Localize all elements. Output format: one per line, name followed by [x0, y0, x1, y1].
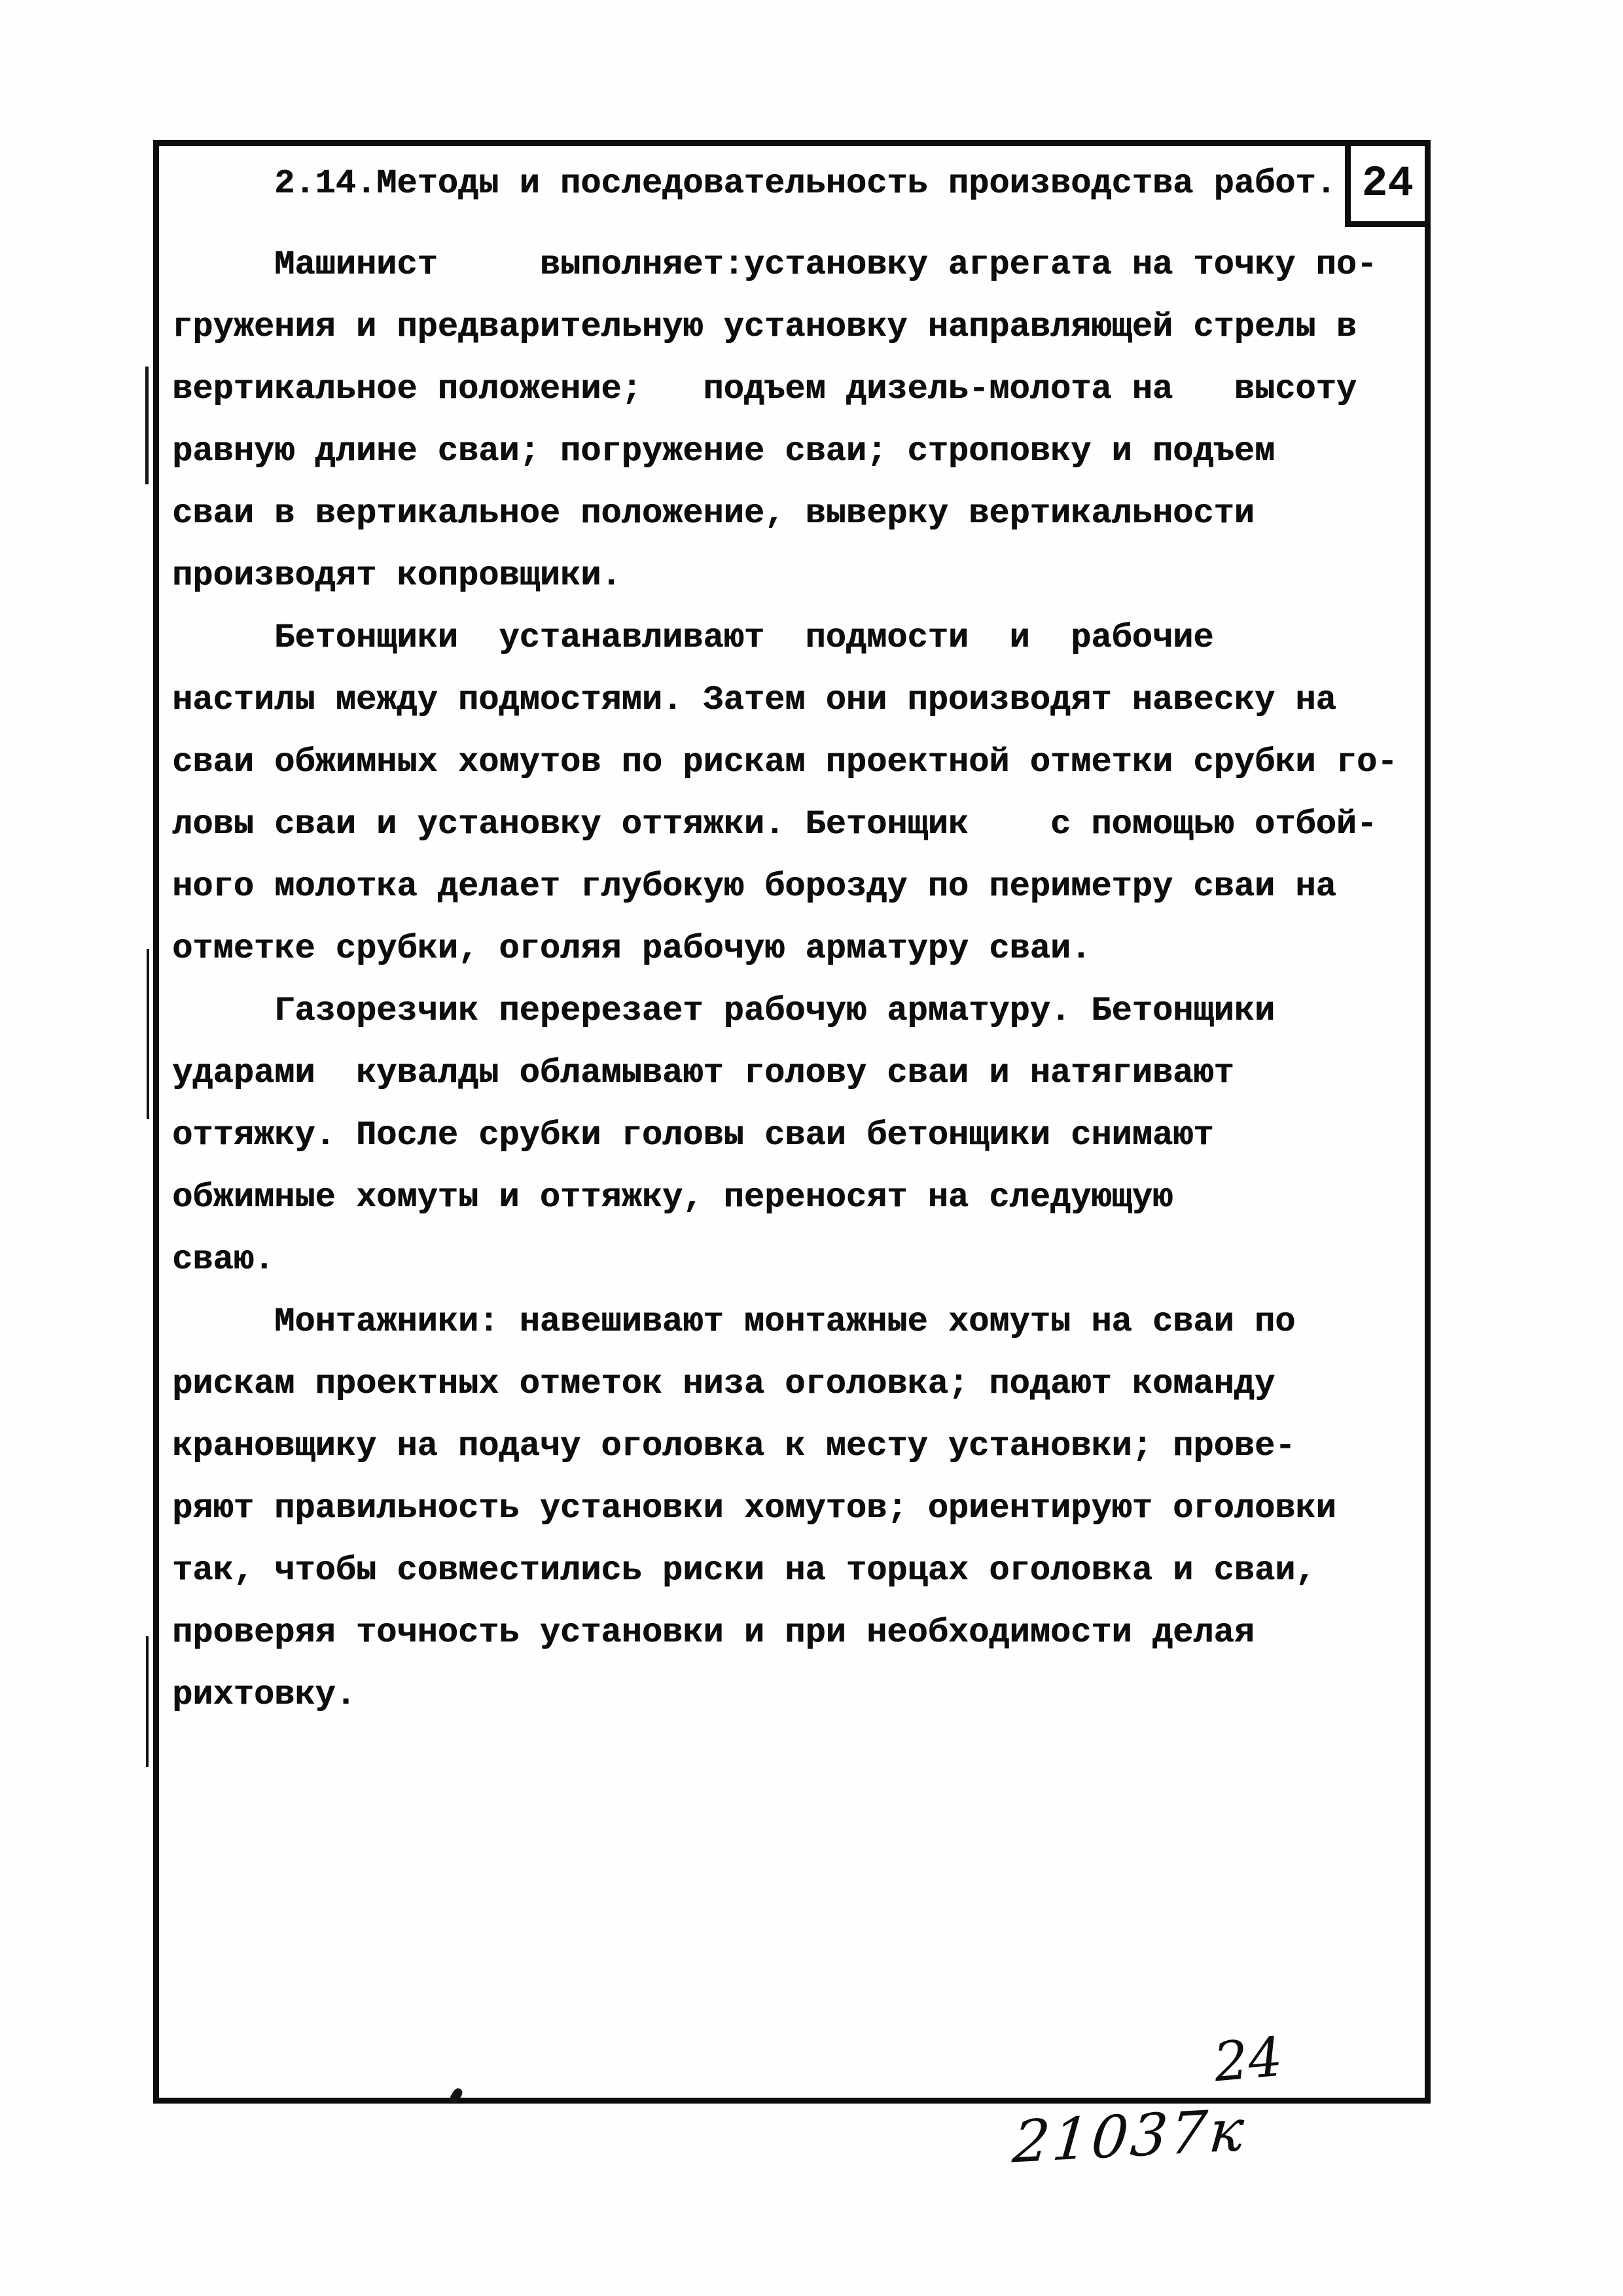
text-line: равную длине сваи; погружение сваи; стро…	[172, 420, 1421, 482]
text-line: обжимные хомуты и оттяжку, переносят на …	[172, 1166, 1421, 1229]
text-line: так, чтобы совместились риски на торцах …	[172, 1539, 1421, 1602]
scan-noise-streak	[146, 1636, 149, 1767]
text-line: рискам проектных отметок низа оголовка; …	[172, 1353, 1421, 1415]
text-line: крановщику на подачу оголовка к месту ус…	[172, 1415, 1421, 1477]
text-line: ного молотка делает глубокую борозду по …	[172, 855, 1421, 918]
scanned-document-page: 24 2.14.Методы и последовательность прои…	[0, 0, 1623, 2296]
scan-noise-streak	[147, 949, 149, 1119]
text-line: оттяжку. После срубки головы сваи бетонщ…	[172, 1104, 1421, 1166]
body-text: Машинист выполняет:установку агрегата на…	[172, 234, 1421, 1726]
text-line: производят копровщики.	[172, 545, 1421, 607]
text-line: Бетонщики устанавливают подмости и рабоч…	[172, 607, 1421, 669]
text-line: гружения и предварительную установку нап…	[172, 296, 1421, 358]
text-line: ловы сваи и установку оттяжки. Бетонщик …	[172, 793, 1421, 855]
section-title: 2.14.Методы и последовательность произво…	[172, 152, 1421, 215]
text-line: сваи обжимных хомутов по рискам проектно…	[172, 731, 1421, 793]
text-line: проверяя точность установки и при необхо…	[172, 1602, 1421, 1664]
scan-noise-streak	[145, 367, 149, 484]
text-line: сваи в вертикальное положение, выверку в…	[172, 482, 1421, 545]
handwritten-page-number: 24	[1211, 2026, 1285, 2094]
text-line: вертикальное положение; подъем дизель-мо…	[172, 358, 1421, 420]
document-text: 2.14.Методы и последовательность произво…	[172, 152, 1421, 1726]
text-line: Газорезчик перерезает рабочую арматуру. …	[172, 980, 1421, 1042]
text-line: ударами кувалды обламывают голову сваи и…	[172, 1042, 1421, 1104]
text-line: ряют правильность установки хомутов; ори…	[172, 1477, 1421, 1539]
text-line: отметке срубки, оголяя рабочую арматуру …	[172, 918, 1421, 980]
handwritten-doc-code: 21037к	[1010, 2096, 1249, 2176]
page-frame: 24 2.14.Методы и последовательность прои…	[153, 140, 1431, 2104]
text-line: рихтовку.	[172, 1664, 1421, 1726]
text-line: Машинист выполняет:установку агрегата на…	[172, 234, 1421, 296]
text-line: Монтажники: навешивают монтажные хомуты …	[172, 1291, 1421, 1353]
text-line: сваю.	[172, 1229, 1421, 1291]
text-line: настилы между подмостями. Затем они прои…	[172, 669, 1421, 731]
